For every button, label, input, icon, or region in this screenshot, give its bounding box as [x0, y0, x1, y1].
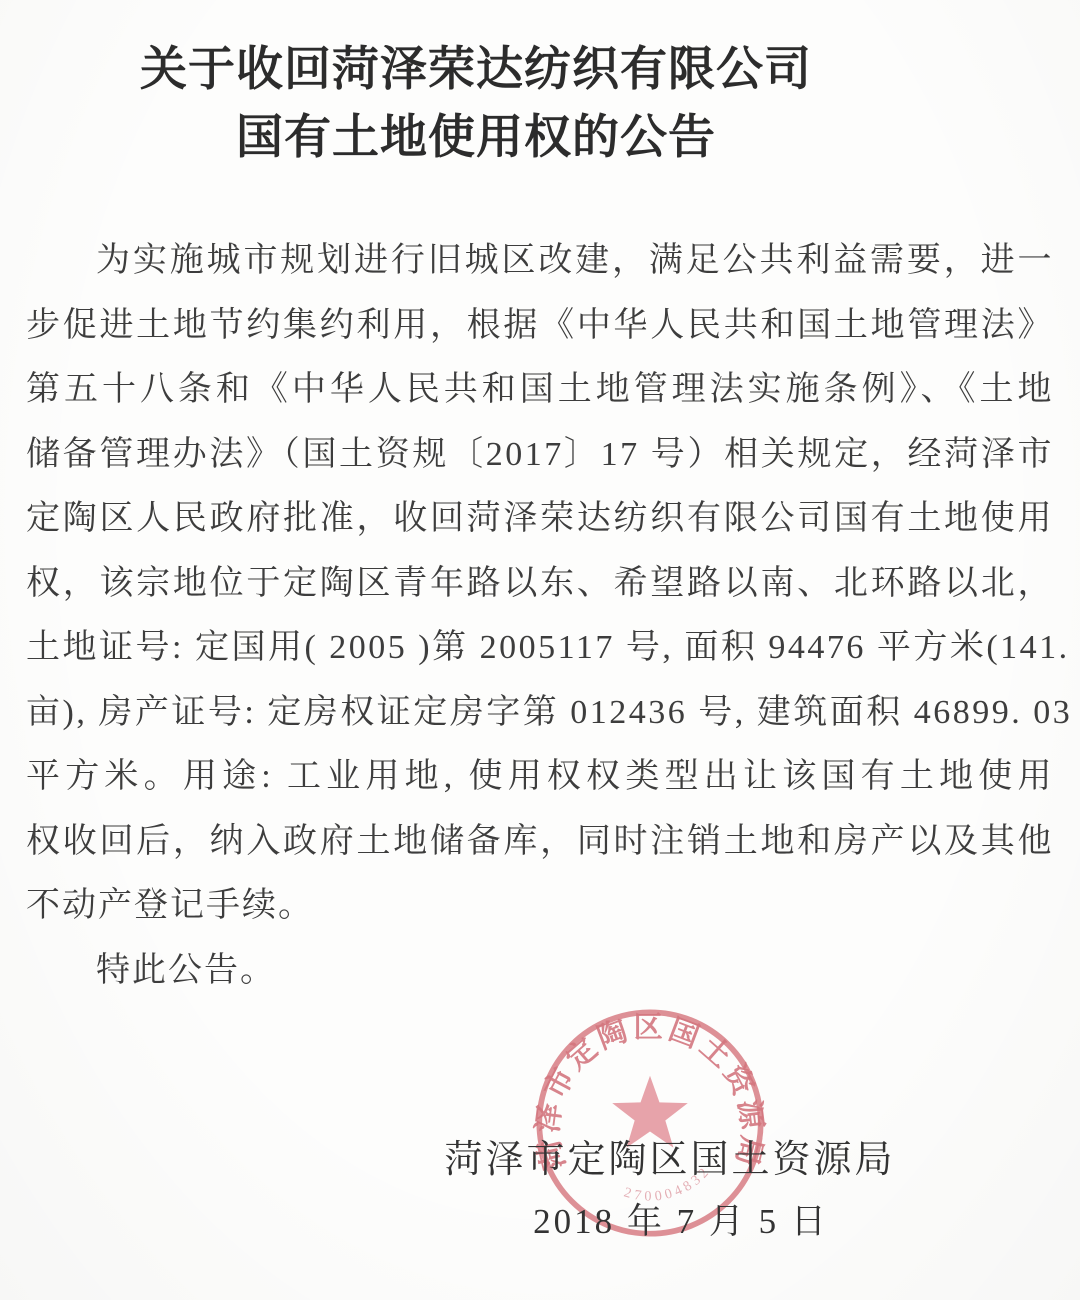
- document-body: 为实施城市规划进行旧城区改建，满足公共利益需要，进一 步促进土地节约集约利用，根…: [26, 229, 1054, 1003]
- announcement-document: 关于收回菏泽荣达纺织有限公司 国有土地使用权的公告 为实施城市规划进行旧城区改建…: [0, 0, 1080, 1300]
- body-line: 定陶区人民政府批准，收回菏泽荣达纺织有限公司国有土地使用: [26, 487, 1054, 552]
- body-line: 不动产登记手续。: [26, 874, 1054, 939]
- body-line: 为实施城市规划进行旧城区改建，满足公共利益需要，进一: [26, 229, 1054, 294]
- body-line: 步促进土地节约集约利用，根据《中华人民共和国土地管理法》: [26, 294, 1054, 359]
- body-closing-line: 特此公告。: [26, 939, 1054, 1004]
- body-line: 储备管理办法》（国土资规〔2017〕17 号）相关规定，经菏泽市: [26, 423, 1054, 488]
- body-line: 第五十八条和《中华人民共和国土地管理法实施条例》、《土地: [26, 358, 1054, 423]
- document-title: 关于收回菏泽荣达纺织有限公司 国有土地使用权的公告: [0, 36, 1016, 172]
- issuing-authority: 菏泽市定陶区国土资源局: [444, 1128, 895, 1183]
- body-line: 平方米。用途: 工业用地, 使用权权类型出让该国有土地使用: [26, 745, 1054, 810]
- title-line-1: 关于收回菏泽荣达纺织有限公司: [0, 36, 1016, 104]
- body-line: 亩), 房产证号: 定房权证定房字第 012436 号, 建筑面积 46899.…: [26, 681, 1054, 746]
- title-line-2: 国有土地使用权的公告: [0, 104, 1016, 172]
- body-line: 权，该宗地位于定陶区青年路以东、希望路以南、北环路以北，: [26, 552, 1054, 617]
- body-line: 权收回后，纳入政府土地储备库，同时注销土地和房产以及其他: [26, 810, 1054, 875]
- body-line: 土地证号: 定国用( 2005 )第 2005117 号, 面积 94476 平…: [26, 616, 1054, 681]
- issue-date: 2018 年 7 月 5 日: [533, 1194, 829, 1244]
